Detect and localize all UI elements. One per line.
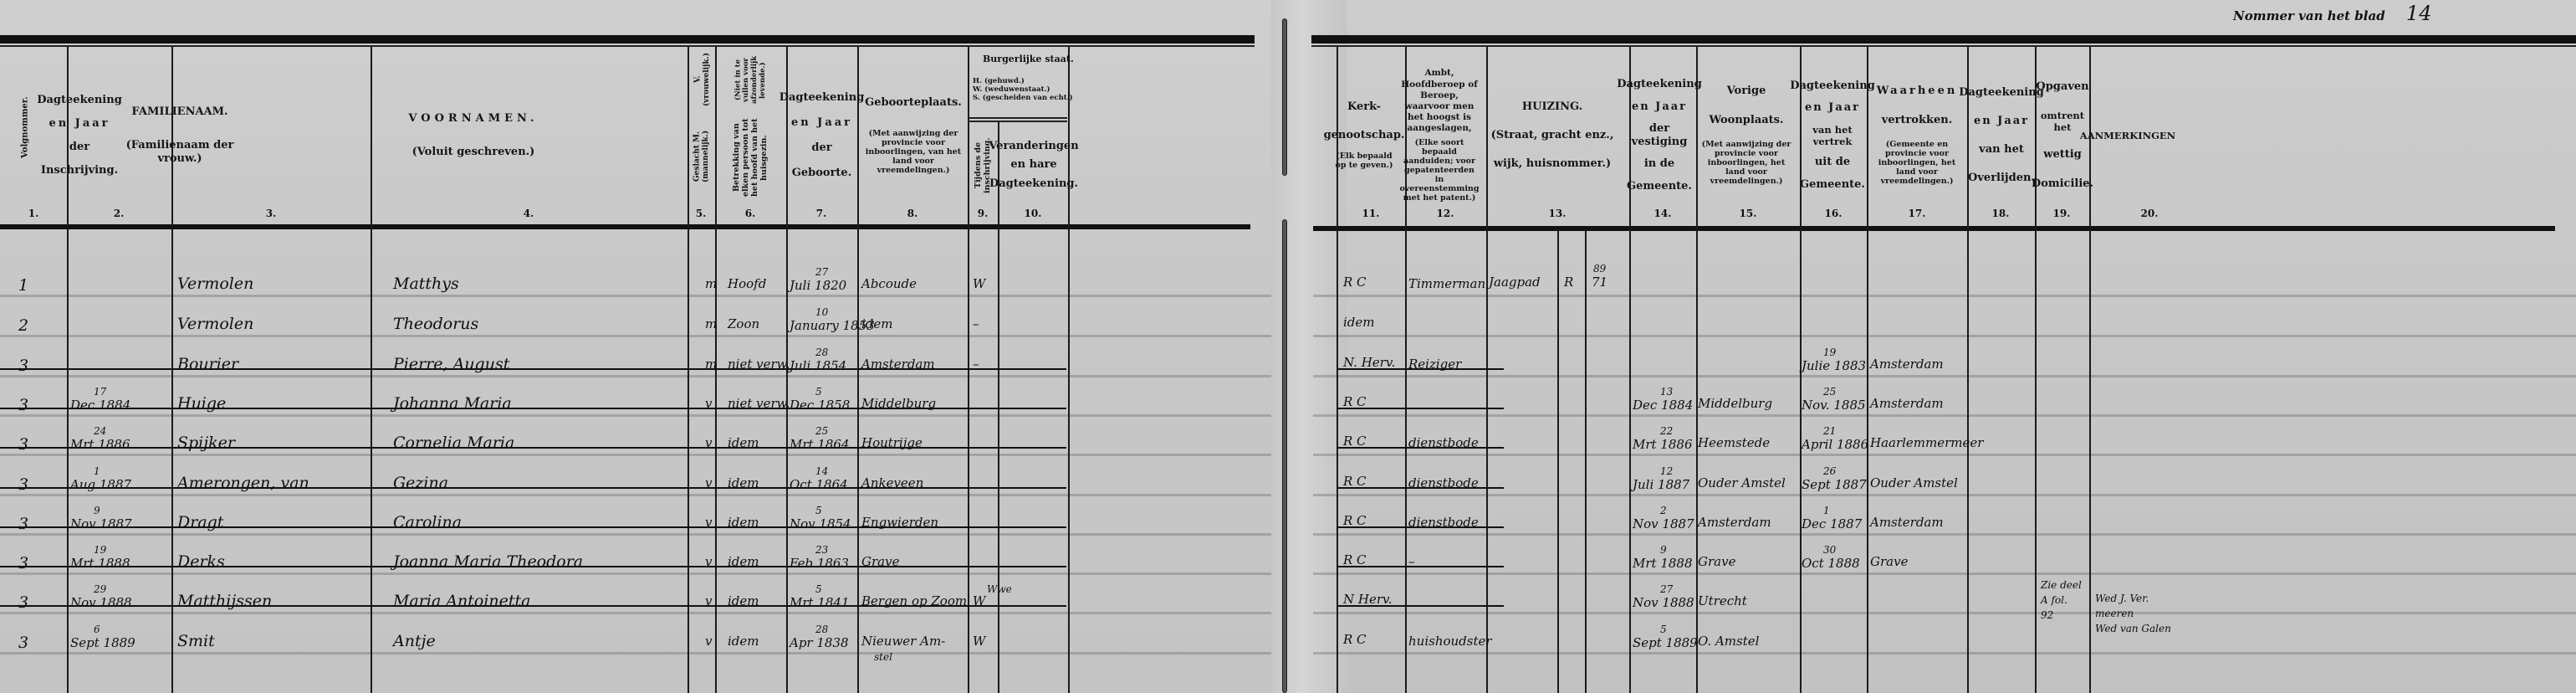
column-number: 17.	[1905, 208, 1929, 219]
header-text: (Met aanwijzing der provincie voor inboo…	[1697, 141, 1796, 187]
header-text: Dagteekening	[1617, 78, 1702, 91]
ruled-line	[0, 572, 1271, 575]
row-geslacht: v	[705, 635, 712, 648]
ruled-line	[0, 375, 1271, 377]
row-waarheen: Amsterdam	[1870, 358, 1944, 371]
row-voornamen: Theodorus	[393, 316, 478, 332]
header-text: (Gemeente en provincie voor inboorlingen…	[1870, 141, 1964, 187]
row-vertrek-date: April 1886	[1802, 439, 1868, 451]
ruled-line	[1313, 612, 2576, 614]
row-inschrijving-day: 24	[94, 425, 106, 437]
row-familienaam: Dragt	[177, 515, 223, 531]
ruled-line	[1313, 295, 2576, 297]
row-vertrek-day: 25	[1823, 386, 1836, 398]
row-strikethrough	[1337, 408, 1504, 409]
row-strikethrough	[0, 487, 1066, 489]
header-text: Betrekking van elken persoon tot het hoo…	[733, 110, 769, 205]
column-number: 13.	[1546, 208, 1569, 219]
row-familienaam: Derks	[177, 554, 225, 570]
row-strikethrough	[1337, 566, 1504, 567]
row-geboorte-day: 25	[815, 425, 828, 437]
row-geboorte-date: Mrt 1841	[790, 597, 850, 609]
row-kerkgenootschap: R C	[1343, 276, 1367, 289]
row-familienaam: Spijker	[177, 435, 235, 451]
header-text: van het vertrek	[1801, 124, 1864, 148]
row-geboorte-date: Nov 1854	[790, 518, 851, 531]
burg-divider	[969, 121, 1067, 122]
ruled-line	[1313, 494, 2576, 496]
row-waarheen: Grave	[1870, 556, 1908, 568]
header-text: V. (vrouwelijk.)	[694, 50, 712, 109]
row-inschrijving-date: Mrt 1888	[70, 557, 130, 570]
row-geboorte-date: Oct 1864	[790, 479, 848, 491]
row-voornamen: Joanna Maria Theodora	[393, 554, 583, 570]
header-text: Gemeente.	[1800, 178, 1865, 192]
column-number: 2.	[107, 208, 130, 219]
header-text: Geboorteplaats.	[865, 96, 962, 110]
row-waarheen: Amsterdam	[1870, 516, 1944, 529]
sheet-number: Nommer van het blad 14	[2233, 2, 2431, 25]
ruled-line	[1313, 652, 2576, 654]
column-number: 8.	[901, 208, 924, 219]
column-number: 16.	[1822, 208, 1845, 219]
header-text: (Elk bepaald op te geven.)	[1332, 152, 1396, 171]
row-volgnummer: 3	[18, 516, 28, 532]
header-text: Kerk-	[1347, 100, 1381, 114]
row-vestiging-day: 13	[1660, 386, 1673, 398]
header-bottom-rule-right	[1313, 226, 2555, 231]
row-burgerlijke-staat: W	[973, 278, 985, 290]
header-volgnommer: Volgnommer.	[8, 50, 42, 205]
header-text: wettig	[2043, 148, 2082, 162]
row-kerkgenootschap: R C	[1343, 515, 1367, 527]
row-strikethrough	[0, 368, 1066, 370]
row-voornamen: Pierre, August	[393, 357, 509, 372]
ruled-line	[0, 454, 1271, 456]
row-volgnummer: 2	[18, 318, 28, 334]
column-number: 4.	[517, 208, 540, 219]
row-geboorte-day: 5	[815, 505, 822, 516]
column-number: 15.	[1736, 208, 1760, 219]
row-waarheen: Amsterdam	[1870, 398, 1944, 410]
header-text: Gemeente.	[1627, 180, 1692, 193]
ruled-line	[0, 335, 1271, 337]
row-aanmerking: Wed van Galen	[2095, 624, 2171, 634]
row-voornamen: Johanna Maria	[393, 396, 512, 412]
header-text: FAMILIENAAM.	[131, 105, 227, 119]
row-volgnummer: 3	[18, 358, 28, 374]
row-aanmerking: meeren	[2095, 608, 2134, 619]
header-text: (Met aanwijzing der provincie voor inboo…	[861, 130, 965, 176]
row-vertrek-day: 30	[1823, 544, 1836, 556]
row-inschrijving-date: Nov 1887	[70, 518, 132, 531]
column-number: 18.	[1989, 208, 2012, 219]
header-text: en Jaar	[1974, 115, 2029, 128]
row-domicilie: 92	[2041, 610, 2053, 620]
header-text: Dagteekening	[779, 91, 865, 105]
header-text: en Jaar	[1805, 101, 1860, 115]
row-inschrijving-date: Aug 1887	[70, 479, 131, 491]
row-voornamen: Matthys	[393, 276, 459, 292]
row-vertrek-date: Oct 1888	[1802, 557, 1860, 570]
row-voornamen: Maria Antoinetta	[393, 593, 531, 609]
row-kerkgenootschap: R C	[1343, 475, 1367, 488]
header-voornamen: VOORNAMEN. (Voluit geschreven.)	[248, 47, 699, 224]
header-text: en Jaar	[791, 116, 852, 130]
row-beroep: Timmerman	[1408, 278, 1485, 290]
row-vertrek-day: 19	[1823, 346, 1836, 358]
row-kerkgenootschap: R C	[1343, 435, 1367, 448]
ruled-line	[1313, 375, 2576, 377]
row-kerkgenootschap: R C	[1343, 634, 1367, 646]
ruled-line	[1313, 533, 2576, 536]
header-text: wijk, huisnommer.)	[1494, 157, 1611, 171]
row-inschrijving-date: Mrt 1886	[70, 439, 130, 451]
row-geboorteplaats-cont: stel	[874, 652, 892, 662]
binding-stitch-bottom	[1282, 219, 1287, 693]
row-volgnummer: 3	[18, 398, 28, 413]
row-volgnummer: 1	[18, 278, 28, 294]
row-strikethrough	[1337, 605, 1504, 607]
header-text: Dagteekening.	[989, 177, 1078, 191]
row-inschrijving-date: Sept 1889	[70, 637, 135, 649]
row-voornamen: Cornelia Maria	[393, 435, 514, 451]
row-familienaam: Matthijssen	[177, 593, 272, 609]
row-voornamen: Carolina	[393, 515, 462, 531]
row-volgnummer: 3	[18, 635, 28, 651]
row-kerkgenootschap: N. Herv.	[1343, 357, 1395, 369]
header-text: Waarheen	[1877, 85, 1958, 98]
row-vertrek-date: Julie 1883	[1802, 360, 1866, 372]
legend-weduwenstaat: W. (weduwenstaat.)	[973, 85, 1073, 94]
row-vertrek-date: Dec 1887	[1802, 518, 1862, 531]
header-familienaam: FAMILIENAAM. (Familienaam der vrouw.)	[115, 47, 245, 224]
column-number: 12.	[1434, 208, 1457, 219]
ruled-line	[1313, 454, 2576, 456]
row-vorige-woonplaats: Heemstede	[1698, 437, 1770, 449]
row-geboorteplaats: idem	[861, 318, 893, 331]
header-text: Geboorte.	[792, 167, 851, 180]
row-geboorte-day: 28	[815, 624, 828, 635]
header-tijdens-inschrijving: Tijdens de inschrijving.	[969, 126, 999, 205]
row-geboorte-date: Juli 1820	[790, 280, 846, 292]
row-vestiging-date: Juli 1887	[1633, 479, 1689, 491]
row-inschrijving-day: 6	[94, 624, 100, 635]
ruled-line	[0, 652, 1271, 654]
header-waarheen: Waarheen vertrokken. (Gemeente en provin…	[1868, 47, 1966, 224]
row-geboorte-day: 10	[815, 306, 828, 318]
header-text: en hare	[1010, 158, 1056, 172]
header-beroep: Ambt, Hoofdberoep of Beroep, waarvoor me…	[1398, 47, 1480, 224]
row-geslacht: m	[705, 318, 717, 331]
header-text: (Straat, gracht enz.,	[1491, 129, 1614, 142]
row-domicilie: Zie deel	[2041, 580, 2082, 590]
row-burgerlijke-staat: W	[973, 635, 985, 648]
header-text: (Voluit geschreven.)	[412, 146, 535, 159]
header-text: Domicilie.	[2032, 177, 2093, 191]
ruled-line	[0, 533, 1271, 536]
column-number: 7.	[810, 208, 833, 219]
row-geboorte-day: 27	[815, 266, 828, 278]
column-number: 11.	[1359, 208, 1383, 219]
row-geboorte-date: Dec 1858	[790, 399, 850, 412]
header-veranderingen: Veranderingen en hare Dagteekening.	[999, 126, 1069, 205]
header-text: der	[811, 141, 831, 155]
header-vorige-woonplaats: Vorige Woonplaats. (Met aanwijzing der p…	[1694, 47, 1798, 224]
row-burgerlijke-staat-note: Wwe	[987, 583, 1012, 595]
row-huizing-nr-old: 89	[1593, 263, 1606, 275]
row-geboorte-date: Juli 1854	[790, 360, 846, 372]
row-vestiging-day: 9	[1660, 544, 1667, 556]
row-vestiging-day: 5	[1660, 624, 1667, 635]
header-text: HUIZING.	[1522, 100, 1582, 114]
row-huizing-straat: Jaagpad	[1489, 276, 1541, 289]
burg-legend: H. (gehuwd.) W. (weduwenstaat.) S. (gesc…	[973, 77, 1073, 103]
row-geboorte-date: Feb 1863	[790, 557, 849, 570]
row-inschrijving-date: Nov 1888	[70, 597, 132, 609]
header-text: Dagteekening	[37, 94, 122, 107]
row-vestiging-date: Sept 1889	[1633, 637, 1698, 649]
binding-stitch-top	[1282, 18, 1287, 176]
row-betrekking: Zoon	[728, 318, 759, 331]
row-geboorte-date: Mrt 1864	[790, 439, 850, 451]
row-vorige-woonplaats: Utrecht	[1698, 595, 1747, 608]
column-number: 5.	[689, 208, 713, 219]
column-number: 6.	[739, 208, 762, 219]
row-familienaam: Smit	[177, 634, 215, 649]
ruled-line	[1313, 572, 2576, 575]
header-text: Dagteekening	[1959, 86, 2044, 100]
header-text: Burgerlijke staat.	[983, 54, 1074, 64]
ruled-line	[0, 612, 1271, 614]
row-voornamen: Antje	[393, 634, 436, 649]
row-domicilie: A fol.	[2041, 595, 2067, 605]
column-number: 9.	[971, 208, 994, 219]
row-geboorteplaats: Abcoude	[861, 278, 917, 290]
header-text: in de	[1644, 157, 1674, 171]
header-text: Vorige	[1727, 85, 1766, 98]
row-huizing-nr: 71	[1592, 276, 1607, 289]
row-waarheen: Ouder Amstel	[1870, 477, 1958, 490]
column-number: 14.	[1651, 208, 1674, 219]
row-strikethrough	[0, 408, 1066, 409]
header-text: (Familienaam der vrouw.)	[117, 139, 243, 167]
row-vertrek-date: Sept 1887	[1802, 479, 1867, 491]
header-text: Opgaven	[2036, 80, 2088, 94]
row-inschrijving-day: 17	[94, 386, 106, 398]
header-text: (Niet in te vullen voor afzonderlijk lev…	[734, 50, 767, 110]
header-text: (Elke soort bepaald aanduiden; voor gepa…	[1400, 139, 1480, 203]
column-number: 1.	[22, 208, 45, 219]
row-strikethrough	[1337, 447, 1504, 449]
header-text: Geslacht M. (mannelijk.)	[693, 109, 711, 205]
column-divider	[1557, 231, 1559, 693]
header-geboorteplaats: Geboorteplaats. (Met aanwijzing der prov…	[859, 47, 968, 224]
row-vorige-woonplaats: O. Amstel	[1698, 635, 1759, 648]
row-strikethrough	[1337, 526, 1504, 528]
row-geboorte-day: 5	[815, 386, 822, 398]
row-geboorte-day: 5	[815, 583, 822, 595]
sheet-number-label: Nommer van het blad	[2233, 8, 2385, 23]
header-text: genootschap.	[1324, 129, 1405, 142]
header-text: Woonplaats.	[1709, 114, 1783, 127]
ruled-line	[0, 295, 1271, 297]
row-familienaam: Vermolen	[177, 276, 253, 292]
row-vestiging-day: 22	[1660, 425, 1673, 437]
row-volgnummer: 3	[18, 437, 28, 453]
row-vertrek-day: 21	[1823, 425, 1836, 437]
row-strikethrough	[0, 526, 1066, 528]
row-volgnummer: 3	[18, 595, 28, 611]
burg-divider	[969, 117, 1067, 119]
row-aanmerking: Wed J. Ver.	[2095, 593, 2149, 603]
header-top-rule-left	[0, 35, 1255, 44]
header-text: en Jaar	[49, 117, 110, 131]
column-number: 10.	[1021, 208, 1045, 219]
row-waarheen: Haarlemmermeer	[1870, 437, 1983, 449]
row-burgerlijke-staat: –	[973, 318, 979, 331]
legend-gescheiden: S. (gescheiden van echt.)	[973, 94, 1073, 102]
header-vestiging: Dagteekening en Jaar der vestiging in de…	[1626, 47, 1693, 224]
row-huizing-wijk: R	[1564, 276, 1573, 289]
row-geboorte-day: 23	[815, 544, 828, 556]
row-familienaam: Bourier	[177, 357, 238, 372]
row-vestiging-date: Nov 1887	[1633, 518, 1694, 531]
row-betrekking: idem	[728, 635, 759, 648]
row-inschrijving-day: 19	[94, 544, 106, 556]
header-vertrek: Dagteekening en Jaar van het vertrek uit…	[1798, 47, 1867, 224]
row-kerkgenootschap: N Herv.	[1343, 593, 1392, 606]
row-inschrijving-day: 29	[94, 583, 106, 595]
row-vertrek-day: 26	[1823, 465, 1836, 477]
header-text: uit de	[1815, 156, 1850, 169]
row-geboorte-date: Apr 1838	[790, 637, 849, 649]
header-text: VOORNAMEN.	[408, 112, 538, 126]
row-strikethrough	[1337, 487, 1504, 489]
row-vestiging-date: Mrt 1886	[1633, 439, 1693, 451]
header-text: der vestiging	[1628, 122, 1690, 150]
row-strikethrough	[0, 566, 1066, 567]
row-inschrijving-date: Dec 1884	[70, 399, 130, 412]
row-strikethrough	[1337, 368, 1504, 370]
header-kerkgenootschap: Kerk- genootschap. (Elk bepaald op te ge…	[1330, 47, 1398, 224]
row-vertrek-day: 1	[1823, 505, 1830, 516]
row-vorige-woonplaats: Middelburg	[1698, 398, 1772, 410]
row-vestiging-date: Dec 1884	[1633, 399, 1693, 412]
header-geslacht: Geslacht M. (mannelijk.) V. (vrouwelijk.…	[687, 50, 716, 205]
sheet-number-value: 14	[2406, 2, 2432, 25]
row-betrekking: Hoofd	[728, 278, 766, 290]
header-inschrijving: Dagteekening en Jaar der Inschrijving.	[46, 47, 113, 224]
header-text: Dagteekening	[1790, 80, 1875, 93]
row-vestiging-day: 2	[1660, 505, 1667, 516]
header-bottom-rule-left	[0, 224, 1250, 229]
row-vestiging-date: Mrt 1888	[1633, 557, 1693, 570]
row-volgnummer: 3	[18, 556, 28, 572]
header-text: Veranderingen	[989, 140, 1078, 153]
row-voornamen: Gezina	[393, 475, 448, 491]
row-strikethrough	[0, 447, 1066, 449]
row-geboorteplaats: Nieuwer Am-	[861, 635, 945, 648]
header-text: der	[69, 141, 89, 154]
header-huizing: HUIZING. (Straat, gracht enz., wijk, hui…	[1480, 47, 1624, 224]
row-vorige-woonplaats: Ouder Amstel	[1698, 477, 1786, 490]
header-text: AANMERKINGEN	[2080, 130, 2175, 141]
row-geslacht: m	[705, 278, 717, 290]
header-text: vertrokken.	[1882, 114, 1952, 127]
ruled-line	[1313, 335, 2576, 337]
row-familienaam: Amerongen, van	[177, 475, 309, 491]
column-number: 20.	[2138, 208, 2161, 219]
row-inschrijving-day: 9	[94, 505, 100, 516]
row-geboorte-day: 28	[815, 346, 828, 358]
row-familienaam: Huige	[177, 396, 226, 412]
header-text: Inschrijving.	[41, 164, 118, 177]
row-vestiging-day: 27	[1660, 583, 1673, 595]
header-aanmerkingen: AANMERKINGEN	[2090, 47, 2165, 224]
ruled-line	[0, 494, 1271, 496]
row-kerkgenootschap: idem	[1343, 316, 1375, 329]
ruled-line	[0, 414, 1271, 417]
row-familienaam: Vermolen	[177, 316, 253, 332]
ruled-line	[1313, 414, 2576, 417]
row-vorige-woonplaats: Grave	[1698, 556, 1735, 568]
row-strikethrough	[0, 605, 1066, 607]
row-kerkgenootschap: R C	[1343, 554, 1367, 567]
row-vestiging-day: 12	[1660, 465, 1673, 477]
row-vestiging-date: Nov 1888	[1633, 597, 1694, 609]
header-text: van het	[1979, 143, 2024, 157]
header-overlijden: Dagteekening en Jaar van het Overlijden.	[1968, 47, 2035, 224]
row-inschrijving-day: 1	[94, 465, 100, 477]
row-vertrek-date: Nov. 1885	[1802, 399, 1866, 412]
row-vorige-woonplaats: Amsterdam	[1698, 516, 1771, 529]
row-kerkgenootschap: R C	[1343, 396, 1367, 408]
header-betrekking: Betrekking van elken persoon tot het hoo…	[718, 50, 785, 205]
header-geboorte: Dagteekening en Jaar der Geboorte.	[786, 47, 857, 224]
row-geboorte-day: 14	[815, 465, 828, 477]
header-text: Overlijden.	[1968, 172, 2035, 185]
header-text: en Jaar	[1632, 100, 1687, 114]
row-volgnummer: 3	[18, 477, 28, 493]
row-beroep: huishoudster	[1408, 635, 1492, 648]
legend-gehuwd: H. (gehuwd.)	[973, 77, 1073, 85]
header-top-rule-right	[1311, 35, 2576, 44]
header-text: Ambt, Hoofdberoep of Beroep, waarvoor me…	[1401, 68, 1478, 134]
column-number: 3.	[259, 208, 283, 219]
column-number: 19.	[2050, 208, 2073, 219]
column-divider	[1585, 231, 1587, 693]
